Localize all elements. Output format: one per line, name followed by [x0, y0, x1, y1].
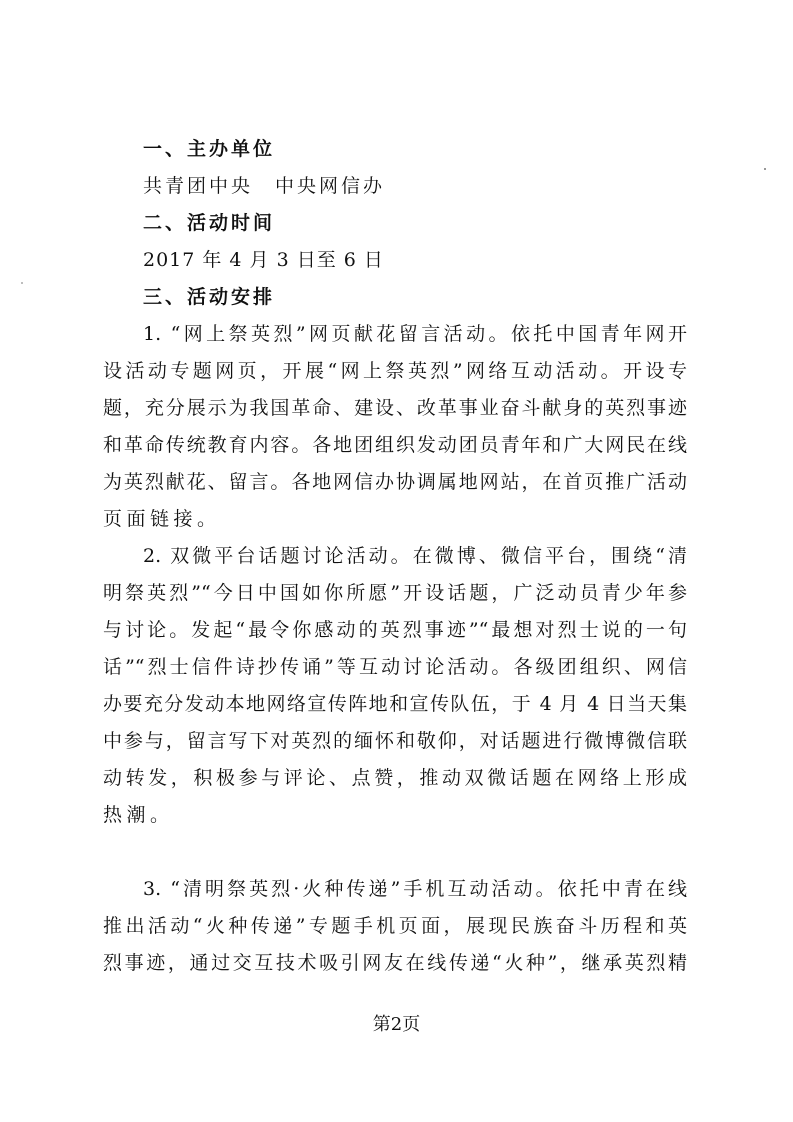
paragraph-line: 页面链接。 — [103, 504, 687, 534]
section-heading-arrangements: 三、活动安排 — [143, 282, 275, 312]
paragraph-line: 2. 双微平台话题讨论活动。在微博、微信平台，围绕“清 — [143, 541, 687, 571]
paragraph-line: 话”“烈士信件诗抄传诵”等互动讨论活动。各级团组织、网信 — [103, 652, 687, 682]
paragraph-line: 中参与，留言写下对英烈的缅怀和敬仰，对话题进行微博微信联 — [103, 726, 687, 756]
page-number: 第2页 — [0, 1012, 793, 1038]
paragraph-line: 明祭英烈”“今日中国如你所愿”开设话题，广泛动员青少年参 — [103, 578, 687, 608]
paragraph-line: 3. “清明祭英烈·火种传递”手机互动活动。依托中青在线 — [143, 874, 687, 904]
organizers-text: 共青团中央 中央网信办 — [143, 171, 385, 201]
activity-date-text: 2017 年 4 月 3 日至 6 日 — [143, 245, 384, 275]
paragraph-line: 动转发，积极参与评论、点赞，推动双微话题在网络上形成 — [103, 763, 687, 793]
section-heading-organizers: 一、主办单位 — [143, 134, 275, 164]
paragraph-line: 与讨论。发起“最令你感动的英烈事迹”“最想对烈士说的一句 — [103, 615, 687, 645]
paragraph-line: 烈事迹，通过交互技术吸引网友在线传递“火种”，继承英烈精 — [103, 948, 687, 978]
paragraph-line: 1. “网上祭英烈”网页献花留言活动。依托中国青年网开 — [143, 319, 687, 349]
document-page: 一、主办单位 共青团中央 中央网信办 二、活动时间 2017 年 4 月 3 日… — [0, 0, 793, 1122]
scan-speck — [21, 282, 23, 284]
paragraph-line: 题，充分展示为我国革命、建设、改革事业奋斗献身的英烈事迹 — [103, 393, 687, 423]
paragraph-line: 和革命传统教育内容。各地团组织发动团员青年和广大网民在线 — [103, 430, 687, 460]
paragraph-line: 为英烈献花、留言。各地网信办协调属地网站，在首页推广活动 — [103, 467, 687, 497]
section-heading-time: 二、活动时间 — [143, 208, 275, 238]
paragraph-line: 设活动专题网页，开展“网上祭英烈”网络互动活动。开设专 — [103, 356, 687, 386]
paragraph-line: 推出活动“火种传递”专题手机页面，展现民族奋斗历程和英 — [103, 911, 687, 941]
paragraph-line: 办要充分发动本地网络宣传阵地和宣传队伍，于 4 月 4 日当天集 — [103, 689, 687, 719]
scan-speck — [764, 168, 766, 170]
paragraph-line: 热潮。 — [103, 800, 687, 830]
